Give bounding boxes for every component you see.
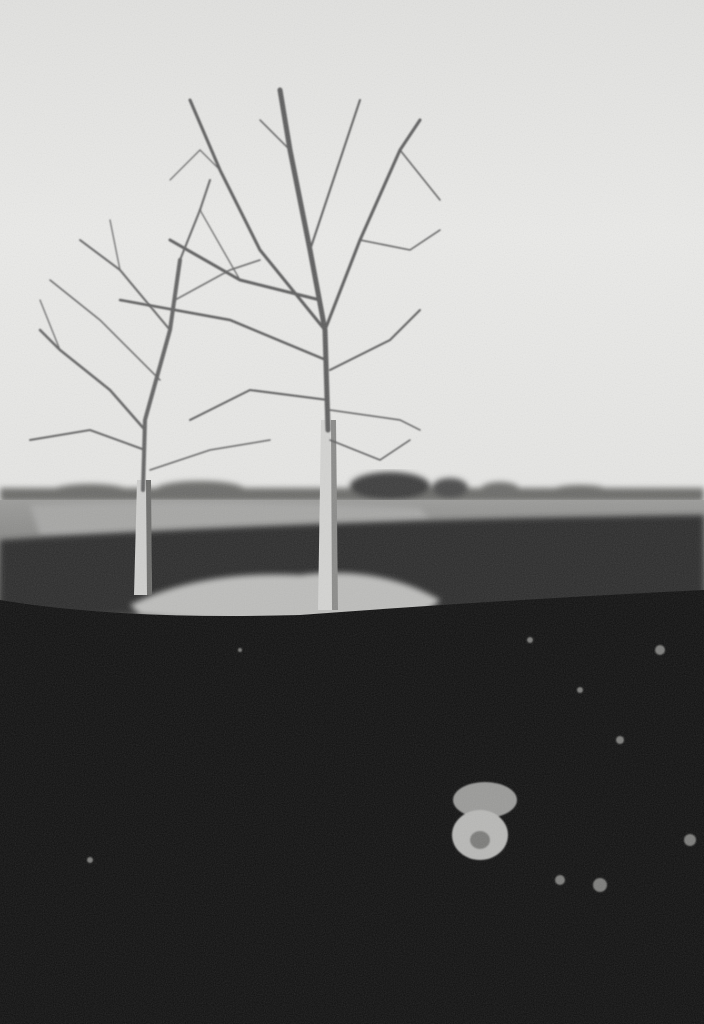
scene — [0, 0, 704, 1024]
film-grain — [0, 0, 704, 1024]
photograph — [0, 0, 704, 1024]
